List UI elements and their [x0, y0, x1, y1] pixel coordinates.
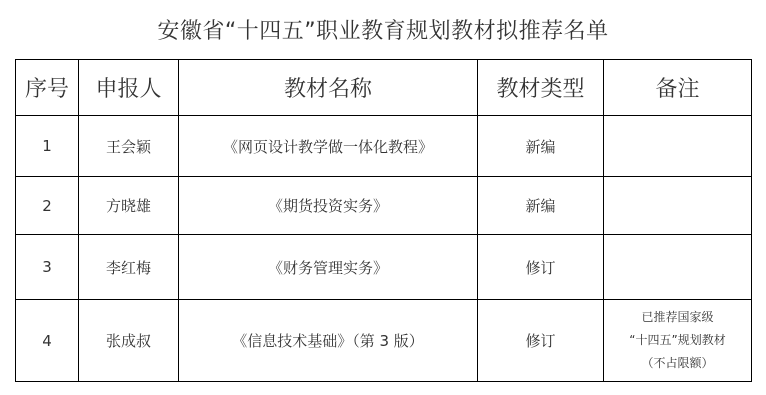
cell-book-title: 《网页设计教学做一体化教程》: [179, 116, 478, 177]
cell-book-type: 修订: [478, 300, 604, 382]
cell-applicant: 张成叔: [79, 300, 179, 382]
header-book-title: 教材名称: [179, 60, 478, 116]
cell-applicant: 方晓雄: [79, 177, 179, 235]
cell-applicant: 王会颖: [79, 116, 179, 177]
cell-note: [604, 177, 752, 235]
table-header-row: 序号 申报人 教材名称 教材类型 备注: [16, 60, 752, 116]
header-book-type: 教材类型: [478, 60, 604, 116]
cell-note: [604, 116, 752, 177]
cell-no: 1: [16, 116, 79, 177]
cell-book-type: 新编: [478, 177, 604, 235]
cell-applicant: 李红梅: [79, 235, 179, 300]
header-no: 序号: [16, 60, 79, 116]
cell-book-type: 新编: [478, 116, 604, 177]
cell-book-title: 《期货投资实务》: [179, 177, 478, 235]
table-row: 2 方晓雄 《期货投资实务》 新编: [16, 177, 752, 235]
table-row: 1 王会颖 《网页设计教学做一体化教程》 新编: [16, 116, 752, 177]
note-line: （不占限额）: [604, 352, 751, 375]
cell-no: 4: [16, 300, 79, 382]
recommendation-table: 序号 申报人 教材名称 教材类型 备注 1 王会颖 《网页设计教学做一体化教程》…: [15, 59, 752, 382]
note-line: 已推荐国家级: [604, 306, 751, 329]
note-line: “十四五”规划教材: [604, 329, 751, 352]
cell-book-title: 《信息技术基础》（第 3 版）: [179, 300, 478, 382]
cell-note: 已推荐国家级 “十四五”规划教材 （不占限额）: [604, 300, 752, 382]
document-title: 安徽省“十四五”职业教育规划教材拟推荐名单: [0, 14, 766, 45]
cell-book-type: 修订: [478, 235, 604, 300]
table-row: 3 李红梅 《财务管理实务》 修订: [16, 235, 752, 300]
cell-no: 2: [16, 177, 79, 235]
cell-no: 3: [16, 235, 79, 300]
header-applicant: 申报人: [79, 60, 179, 116]
cell-book-title: 《财务管理实务》: [179, 235, 478, 300]
table-row: 4 张成叔 《信息技术基础》（第 3 版） 修订 已推荐国家级 “十四五”规划教…: [16, 300, 752, 382]
cell-note: [604, 235, 752, 300]
header-note: 备注: [604, 60, 752, 116]
